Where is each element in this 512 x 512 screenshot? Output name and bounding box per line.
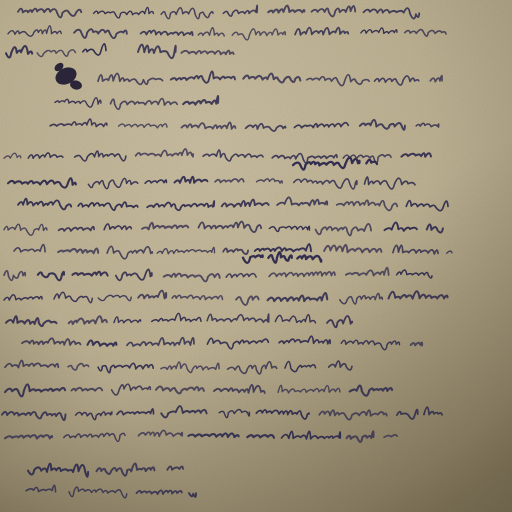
manuscript-canvas (0, 0, 512, 512)
manuscript-photo: A photographed page of aged tan paper fu… (0, 0, 512, 512)
